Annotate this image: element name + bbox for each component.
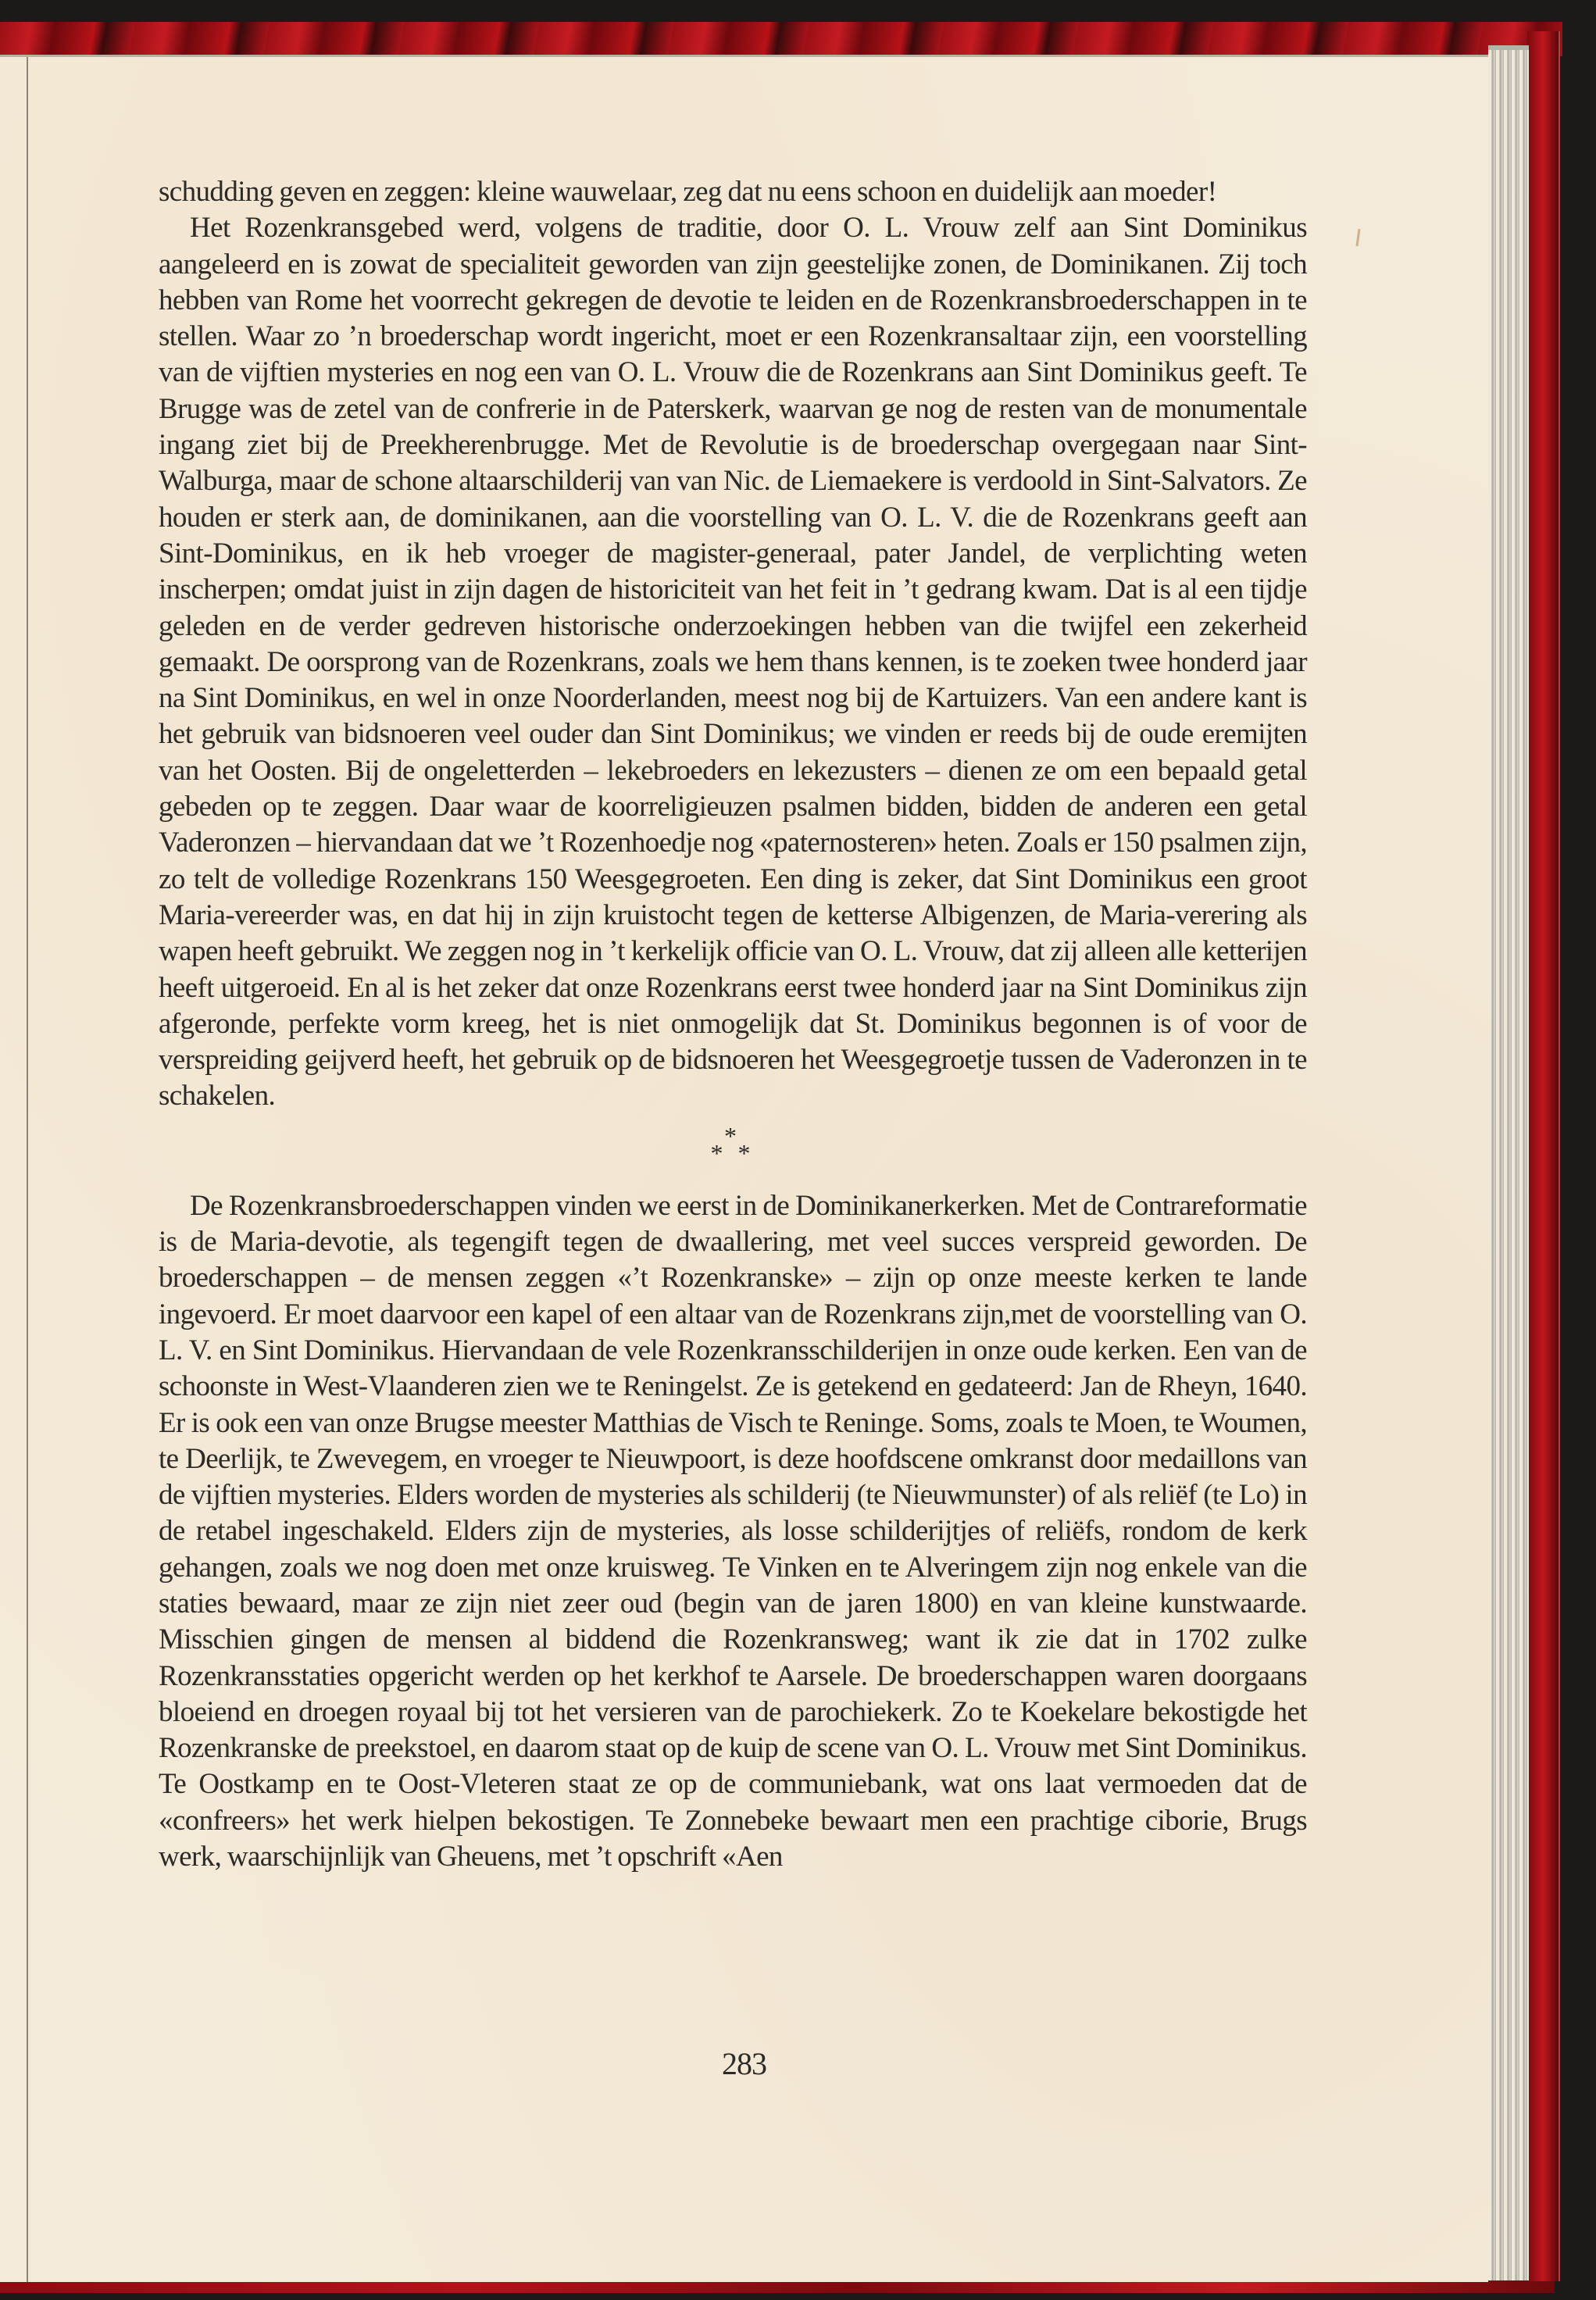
book-cover-top-edge xyxy=(0,22,1562,56)
book-cover-right-edge xyxy=(1527,31,1560,2281)
page-stack-edges xyxy=(1488,45,1529,2280)
paragraph-2: Het Rozenkransgebed werd, volgens de tra… xyxy=(159,210,1307,1114)
section-break-asterism: * * * xyxy=(159,1127,1307,1162)
page-number: 283 xyxy=(0,2045,1488,2082)
body-text: schudding geven en zeggen: kleine wauwel… xyxy=(159,174,1307,1875)
paragraph-1: schudding geven en zeggen: kleine wauwel… xyxy=(159,174,1307,210)
paragraph-3: De Rozenkransbroederschappen vinden we e… xyxy=(159,1188,1307,1876)
asterism-bottom: * * xyxy=(159,1145,1307,1162)
gutter-line xyxy=(27,57,28,2282)
book-page: schudding geven en zeggen: kleine wauwel… xyxy=(0,55,1488,2282)
paper-fleck xyxy=(1355,229,1360,246)
